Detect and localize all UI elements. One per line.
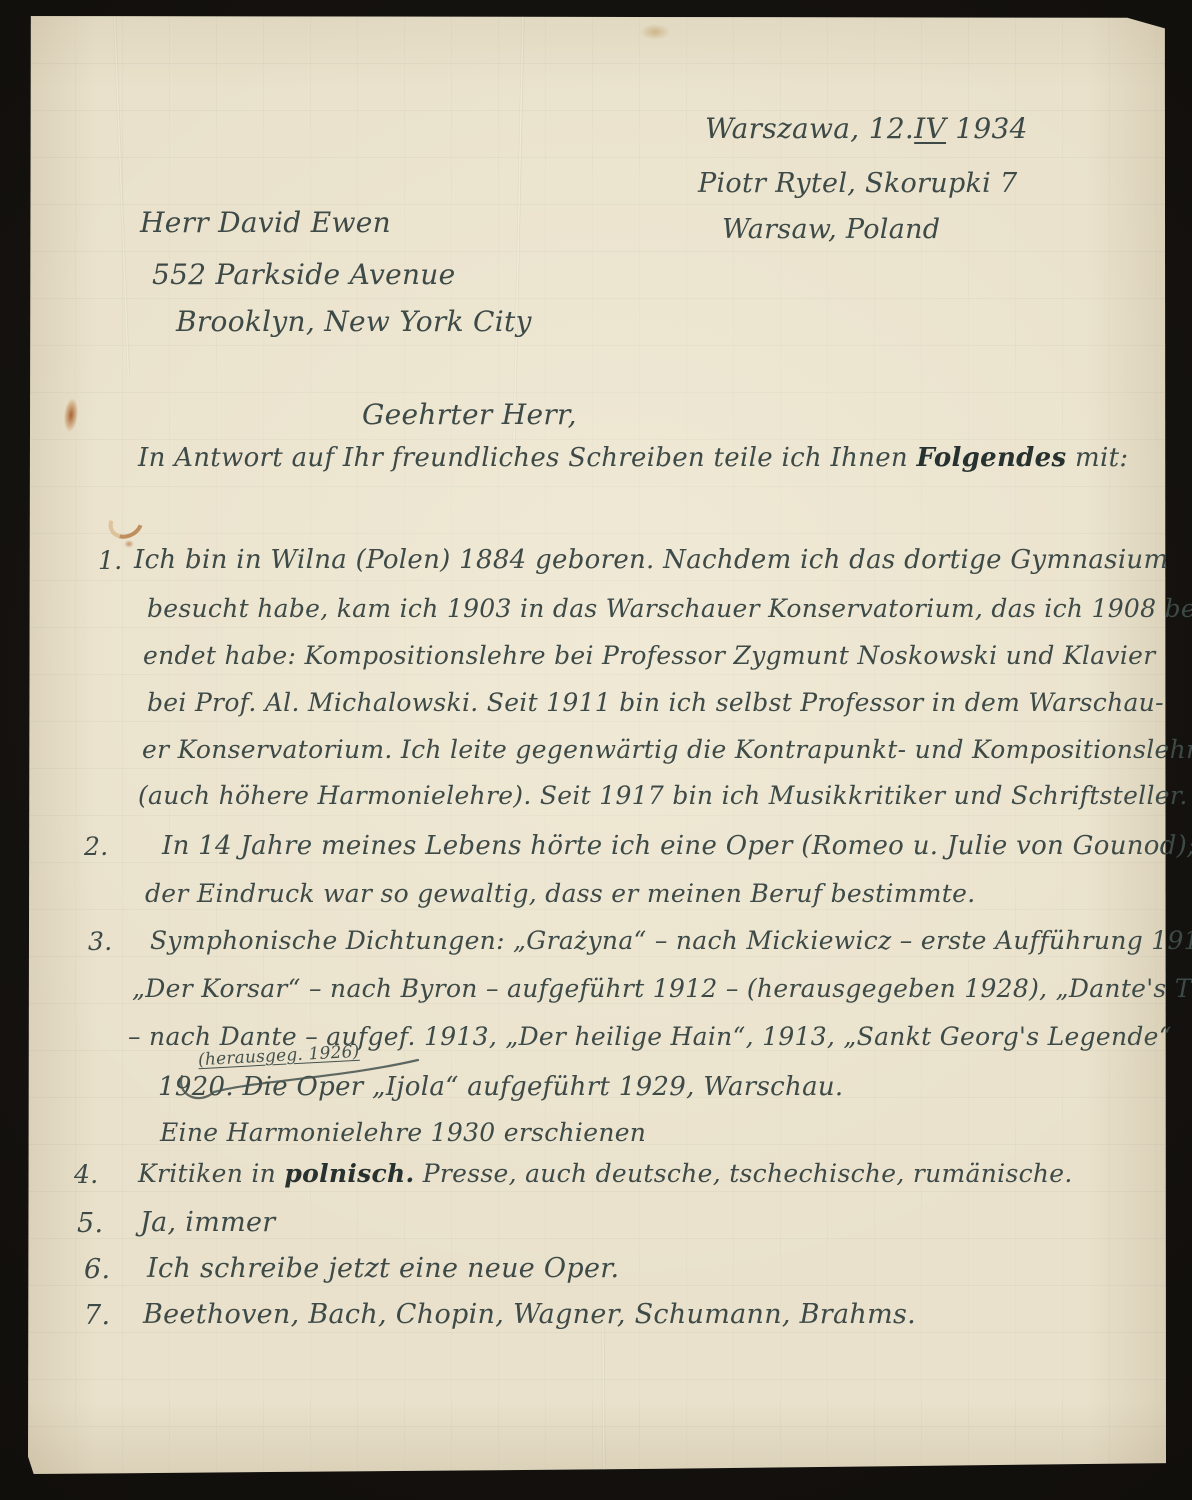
photo-stage: Warszawa, 12.IV 1934 Piotr Rytel, Skorup… [0, 0, 1192, 1500]
salutation: Geehrter Herr, [362, 398, 577, 432]
sender-city: Warsaw, Poland [722, 214, 940, 246]
date-year: 1934 [946, 112, 1028, 145]
recipient-name: Herr David Ewen [140, 206, 391, 240]
item-6-number: 6. [84, 1254, 110, 1286]
item-5-number: 5. [77, 1208, 103, 1240]
item-2-line-1: In 14 Jahre meines Lebens hörte ich eine… [162, 831, 1192, 862]
recipient-city: Brooklyn, New York City [176, 305, 532, 339]
intro-after: mit: [1066, 443, 1128, 473]
item-5-line-1: Ja, immer [140, 1207, 276, 1239]
sender-address: Piotr Rytel, Skorupki 7 [698, 168, 1017, 200]
item-3-number: 3. [88, 927, 112, 957]
item-7-number: 7. [84, 1300, 110, 1332]
item-1-line-4: bei Prof. Al. Michalowski. Seit 1911 bin… [147, 688, 1164, 718]
date-roman-numeral: IV [914, 112, 946, 145]
item-4-line-1: Kritiken in polnisch. Presse, auch deuts… [138, 1159, 1073, 1189]
item-1-line-5: er Konservatorium. Ich leite gegenwärtig… [142, 735, 1192, 765]
intro-line: In Antwort auf Ihr freundliches Schreibe… [138, 443, 1128, 474]
item-2-number: 2. [84, 832, 108, 862]
item-7-line-1: Beethoven, Bach, Chopin, Wagner, Schuman… [143, 1299, 916, 1331]
date-place: Warszawa, 12. [705, 112, 914, 145]
item-3-line-5: Eine Harmonielehre 1930 erschienen [160, 1118, 646, 1148]
item-1-line-2: besucht habe, kam ich 1903 in das Warsch… [147, 594, 1192, 624]
item-1-line-6: (auch höhere Harmonielehre). Seit 1917 b… [138, 781, 1188, 811]
item-3-line-1: Symphonische Dichtungen: „Grażyna“ – nac… [150, 926, 1192, 956]
item-3-line-4: 1920. Die Oper „Ijola“ aufgeführt 1929, … [158, 1072, 843, 1103]
item-4-prefix: Kritiken in [138, 1159, 284, 1188]
item-1-number: 1. [98, 546, 122, 576]
item-1-line-3: endet habe: Kompositionslehre bei Profes… [143, 641, 1156, 671]
item-3-line-2: „Der Korsar“ – nach Byron – aufgeführt 1… [132, 974, 1192, 1004]
item-4-suffix: Presse, auch deutsche, tschechische, rum… [415, 1159, 1073, 1188]
intro-before: In Antwort auf Ihr freundliches Schreibe… [138, 443, 917, 473]
date-line: Warszawa, 12.IV 1934 [705, 112, 1028, 146]
recipient-street: 552 Parkside Avenue [152, 258, 456, 292]
item-6-line-1: Ich schreibe jetzt eine neue Oper. [147, 1253, 619, 1285]
item-2-line-2: der Eindruck war so gewaltig, dass er me… [145, 879, 976, 909]
item-1-line-1: Ich bin in Wilna (Polen) 1884 geboren. N… [134, 545, 1168, 576]
item-4-number: 4. [74, 1160, 98, 1190]
item-4-emphasis: polnisch. [284, 1159, 414, 1188]
intro-emphasis: Folgendes [917, 443, 1067, 473]
